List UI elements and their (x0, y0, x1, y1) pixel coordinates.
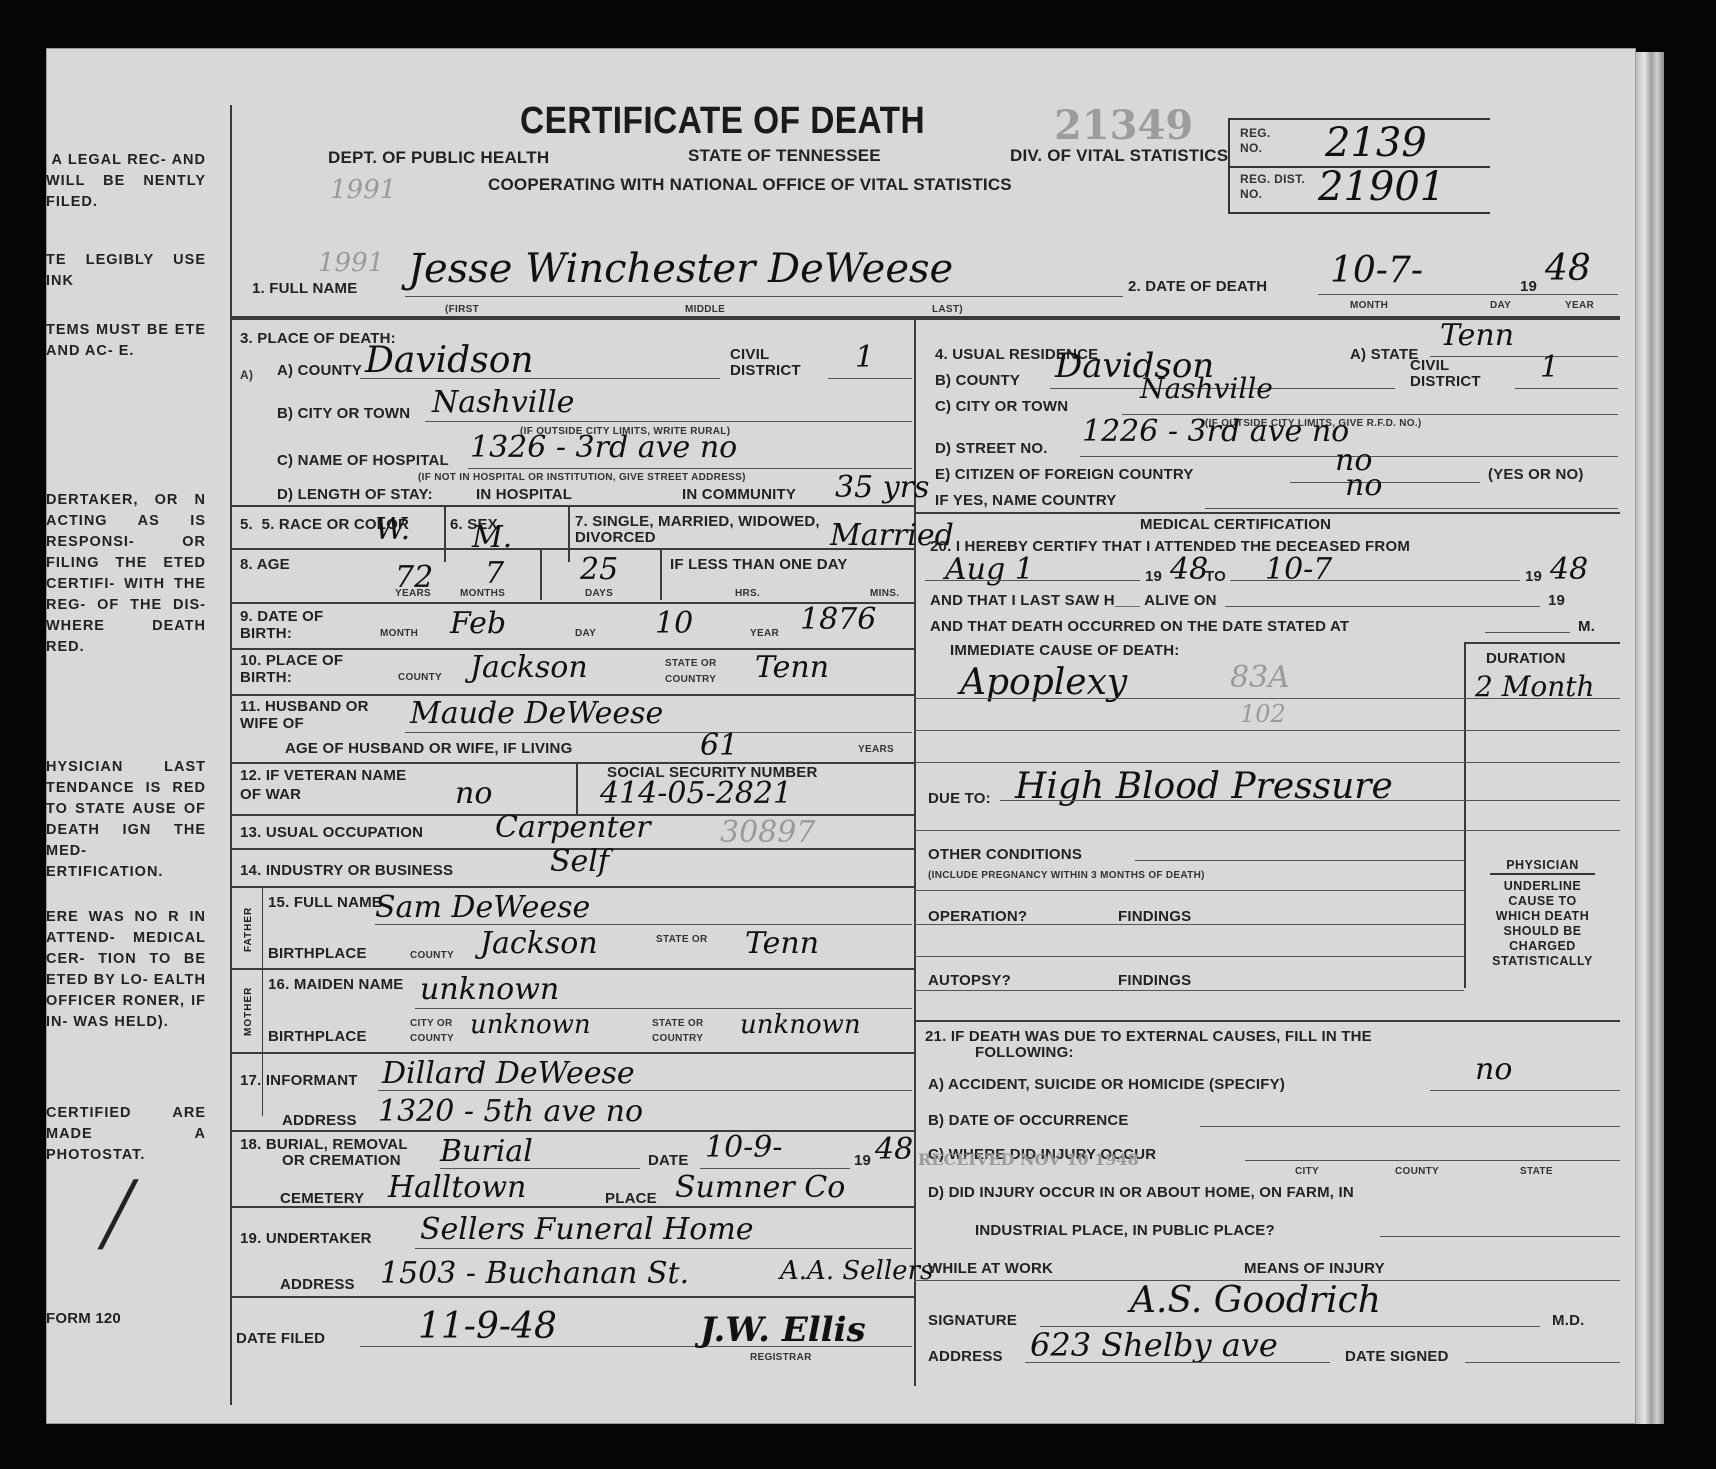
cremation-label: OR CREMATION (282, 1152, 401, 1169)
full-name-label: 1. FULL NAME (252, 280, 357, 297)
pencil-mark: 1991 (318, 248, 384, 278)
rule (1230, 580, 1520, 581)
yes-no-label: (YES OR NO) (1488, 466, 1584, 483)
spouse-value: Maude DeWeese (410, 696, 663, 731)
rule (468, 468, 912, 469)
district-label: DISTRICT (730, 362, 801, 379)
cause-value: Apoplexy (960, 662, 1127, 703)
rule (1290, 482, 1480, 483)
sub-label: LAST) (932, 304, 963, 315)
check-mark-icon: ╱ (100, 1180, 136, 1250)
residence-state-label: A) STATE (1350, 346, 1419, 363)
physician-address-label: ADDRESS (928, 1348, 1003, 1365)
rule (1245, 1160, 1620, 1161)
sub-label: YEAR (1565, 300, 1594, 311)
rule (914, 890, 1464, 891)
cemetery-value: Halltown (388, 1170, 526, 1205)
undertaker-address-label: ADDRESS (280, 1276, 355, 1293)
date-of-death-value: 10-7- (1330, 250, 1423, 291)
rule (660, 548, 662, 600)
burial-year-value: 48 (875, 1132, 913, 1167)
form-number: FORM 120 (46, 1310, 121, 1327)
rule (378, 1090, 912, 1091)
year-prefix: 19 (1520, 278, 1537, 295)
rule (914, 990, 1464, 991)
accident-label: A) ACCIDENT, SUICIDE OR HOMICIDE (SPECIF… (928, 1076, 1285, 1093)
pencil-code: 30897 (720, 815, 815, 850)
attended-to-value: 10-7 (1265, 552, 1332, 587)
birth-date-label: 9. DATE OF BIRTH: (240, 608, 350, 642)
rule (914, 730, 1620, 731)
county-label: COUNTY (398, 672, 442, 683)
sub-label: DAY (1490, 300, 1511, 311)
hospital-note: (IF NOT IN HOSPITAL OR INSTITUTION, GIVE… (418, 472, 746, 483)
year-prefix: 19 (854, 1152, 871, 1169)
rule (1485, 632, 1570, 633)
in-community-label: IN COMMUNITY (682, 486, 796, 503)
following-label: FOLLOWING: (975, 1044, 1074, 1061)
findings-label: FINDINGS (1118, 972, 1191, 989)
year-label: YEAR (750, 628, 779, 639)
rule (914, 830, 1620, 831)
mother-state-value: unknown (740, 1010, 861, 1040)
death-county-value: Davidson (365, 340, 534, 381)
rule (230, 1296, 914, 1298)
rule (230, 548, 914, 550)
rule (1465, 1362, 1620, 1363)
sub-label: DAYS (585, 588, 613, 599)
rule (415, 1248, 912, 1249)
hospital-label: C) NAME OF HOSPITAL (277, 452, 449, 469)
informant-value: Dillard DeWeese (382, 1056, 635, 1091)
mother-side-label: MOTHER (243, 987, 254, 1036)
margin-note-no-physician: ERE WAS NO R IN ATTEND- MEDICAL CER- TIO… (46, 907, 206, 1033)
pencil-mark: 1991 (330, 175, 396, 205)
frame-left-line (230, 105, 232, 1405)
rule (375, 924, 912, 925)
rule (425, 421, 912, 422)
death-district-value: 1 (855, 340, 874, 375)
spouse-age-label: AGE OF HUSBAND OR WIFE, IF LIVING (285, 740, 572, 757)
informant-label: 17. INFORMANT (240, 1072, 358, 1089)
rule (230, 505, 914, 507)
rule (1225, 606, 1540, 607)
burial-value: Burial (440, 1134, 533, 1169)
age-months: 7 (485, 556, 504, 591)
place-label: PLACE (605, 1190, 657, 1207)
external-causes-label: 21. IF DEATH WAS DUE TO EXTERNAL CAUSES,… (925, 1028, 1372, 1045)
to-label: TO (1205, 568, 1226, 585)
district-label: DISTRICT (1410, 373, 1481, 390)
due-to-label: DUE TO: (928, 790, 991, 807)
rule (914, 924, 1464, 925)
attended-from-value: Aug 1 (945, 552, 1034, 587)
medical-line2: AND THAT I LAST SAW H___ ALIVE ON (930, 592, 1217, 609)
sub-label: STATE (1520, 1166, 1553, 1177)
margin-note-undertaker: DERTAKER, OR N ACTING AS IS RESPONSI- OR… (46, 490, 206, 658)
duration-label: DURATION (1486, 650, 1566, 667)
burial-date-label: DATE (648, 1152, 689, 1169)
date-filed-label: DATE FILED (236, 1330, 325, 1347)
length-of-stay-label: D) LENGTH OF STAY: (277, 486, 433, 503)
year-prefix: 19 (1525, 568, 1542, 585)
place-value: Sumner Co (675, 1170, 845, 1205)
rule (914, 698, 1620, 699)
rule (405, 296, 1123, 297)
birth-year: 1876 (800, 602, 876, 637)
veteran-label: 12. IF VETERAN NAME OF WAR (240, 766, 410, 804)
country-label: IF YES, NAME COUNTRY (935, 492, 1117, 509)
occupation-label: 13. USUAL OCCUPATION (240, 824, 423, 841)
margin-note-certified: CERTIFIED ARE MADE A PHOTOSTAT. (46, 1103, 206, 1166)
mother-city-value: unknown (470, 1010, 591, 1040)
maiden-name-label: 16. MAIDEN NAME (268, 976, 418, 993)
page-edge (1636, 52, 1664, 1424)
registrar-signature: J.W. Ellis (700, 1310, 866, 1350)
citizen-label: E) CITIZEN OF FOREIGN COUNTRY (935, 466, 1194, 483)
rule (925, 580, 1140, 581)
occupation-value: Carpenter (495, 810, 651, 845)
years-label: YEARS (858, 744, 894, 755)
signature-label: SIGNATURE (928, 1312, 1017, 1329)
rule (914, 512, 1620, 514)
pencil-code: 83A (1230, 660, 1290, 695)
rule (568, 505, 570, 562)
father-name-label: 15. FULL NAME (268, 894, 388, 911)
rule (230, 316, 1620, 320)
civil-label: CIVIL (1410, 357, 1449, 374)
header-division: DIV. OF VITAL STATISTICS (1010, 146, 1228, 166)
father-side-label: FATHER (243, 907, 254, 952)
birth-place-label: 10. PLACE OF BIRTH: (240, 652, 380, 686)
rule (1205, 508, 1618, 509)
undertaker-signature: A.A. Sellers (780, 1256, 933, 1286)
street-value: 1226 - 3rd ave no (1082, 414, 1349, 449)
death-county-label: A) COUNTY (277, 362, 362, 379)
md-label: M.D. (1552, 1312, 1584, 1329)
rule (914, 956, 1464, 957)
birth-state: Tenn (755, 650, 829, 685)
sub-label: COUNTY (1395, 1166, 1439, 1177)
veteran-value: no (455, 776, 492, 811)
in-hospital-label: IN HOSPITAL (476, 486, 572, 503)
rule (1200, 1126, 1620, 1127)
autopsy-label: AUTOPSY? (928, 972, 1011, 989)
race-value: W. (375, 512, 410, 547)
birth-day: 10 (655, 606, 693, 641)
findings-label: FINDINGS (1118, 908, 1191, 925)
spouse-age-value: 61 (700, 728, 738, 763)
death-city-value: Nashville (432, 385, 574, 420)
residence-district-value: 1 (1540, 350, 1559, 385)
margin-note-legal: A LEGAL REC- AND WILL BE NENTLY FILED. (46, 150, 206, 213)
rule (576, 762, 578, 814)
sub-label: YEARS (395, 588, 431, 599)
undertaker-address-value: 1503 - Buchanan St. (380, 1256, 689, 1291)
pencil-code: 102 (1240, 700, 1286, 728)
mother-birthplace-label: BIRTHPLACE (268, 1028, 367, 1045)
reg-no-value: 2139 (1325, 120, 1427, 166)
day-label: DAY (575, 628, 596, 639)
year-prefix: 19 (1145, 568, 1162, 585)
in-community-value: 35 yrs (835, 470, 929, 505)
rule (230, 1052, 914, 1054)
undertaker-value: Sellers Funeral Home (420, 1212, 754, 1247)
rule (230, 886, 914, 888)
margin-note-items: TEMS MUST BE ETE AND AC- E. (46, 320, 206, 362)
sub-label: HRS. (735, 588, 760, 599)
rule (1318, 294, 1618, 295)
age-label: 8. AGE (240, 556, 290, 573)
less-than-day-label: IF LESS THAN ONE DAY (670, 556, 848, 573)
ssn-value: 414-05-2821 (600, 776, 792, 811)
registrar-label: REGISTRAR (750, 1352, 812, 1363)
physician-address-value: 623 Shelby ave (1030, 1326, 1278, 1364)
informant-address-value: 1320 - 5th ave no (378, 1094, 643, 1129)
sub-label: CITY (1295, 1166, 1319, 1177)
rule (1380, 1236, 1620, 1237)
rule (1025, 1362, 1330, 1363)
physician-signature: A.S. Goodrich (1130, 1280, 1381, 1321)
city-label: CITY OR COUNTY (410, 1016, 470, 1046)
burial-date-value: 10-9- (705, 1130, 783, 1165)
country-value: no (1345, 468, 1382, 503)
sub-label: MIDDLE (685, 304, 725, 315)
month-label: MONTH (380, 628, 418, 639)
county-label: COUNTY (410, 950, 454, 961)
margin-note-physician: HYSICIAN LAST TENDANCE IS RED TO STATE A… (46, 757, 206, 883)
header-state: STATE OF TENNESSEE (688, 146, 881, 166)
state-label: STATE OR COUNTRY (665, 656, 735, 688)
birth-county: Jackson (470, 650, 588, 685)
industry-label: 14. INDUSTRY OR BUSINESS (240, 862, 453, 879)
operation-label: OPERATION? (928, 908, 1027, 925)
rule (230, 1206, 914, 1208)
rule (828, 378, 912, 379)
margin-note-legibly: TE LEGIBLY USE INK (46, 250, 206, 292)
rule (440, 1168, 640, 1169)
birth-month: Feb (450, 606, 506, 641)
rule (444, 505, 446, 562)
state-label: STATE OR COUNTRY (652, 1016, 727, 1046)
father-birthplace-label: BIRTHPLACE (268, 945, 367, 962)
undertaker-label: 19. UNDERTAKER (240, 1230, 372, 1247)
industry-value: Self (550, 844, 609, 879)
rule (1464, 642, 1620, 644)
rule (230, 968, 914, 970)
informant-address-label: ADDRESS (282, 1112, 357, 1129)
sub-label: MONTHS (460, 588, 505, 599)
while-at-work-label: WHILE AT WORK (928, 1260, 1053, 1277)
attended-from-year: 48 (1170, 552, 1208, 587)
rule (914, 1020, 1620, 1022)
rule (1135, 860, 1464, 861)
page-title: CERTIFICATE OF DEATH (520, 100, 925, 143)
rule (1430, 1090, 1620, 1091)
rule (1464, 642, 1466, 988)
rule (540, 548, 542, 600)
physician-note: PHYSICIAN UNDERLINE CAUSE TO WHICH DEATH… (1470, 858, 1615, 969)
reg-dist-label: REG. DIST. NO. (1240, 172, 1310, 202)
rule (914, 762, 1620, 763)
civil-label: CIVIL (730, 346, 769, 363)
home-label: D) DID INJURY OCCUR IN OR ABOUT HOME, ON… (928, 1184, 1354, 1201)
cemetery-label: CEMETERY (280, 1190, 364, 1207)
date-filed-value: 11-9-48 (418, 1306, 557, 1347)
state-label: STATE OR (656, 934, 707, 945)
rule (1000, 800, 1620, 801)
rule (405, 732, 912, 733)
residence-city-value: Nashville (1140, 372, 1273, 405)
accident-value: no (1475, 1052, 1512, 1087)
street-label: D) STREET NO. (935, 440, 1048, 457)
industrial-label: INDUSTRIAL PLACE, IN PUBLIC PLACE? (975, 1222, 1275, 1239)
reg-dist-value: 21901 (1318, 164, 1445, 210)
residence-state-value: Tenn (1440, 318, 1514, 353)
received-stamp: RECEIVED NOV 10 1948 (918, 1150, 1139, 1169)
father-county-value: Jackson (480, 926, 598, 961)
m-label: M. (1578, 618, 1595, 635)
header-dept: DEPT. OF PUBLIC HEALTH (328, 148, 549, 168)
sub-label: MINS. (870, 588, 899, 599)
header-cooperating: COOPERATING WITH NATIONAL OFFICE OF VITA… (488, 175, 1012, 195)
spouse-label: 11. HUSBAND OR WIFE OF (240, 698, 405, 732)
date-of-death-label: 2. DATE OF DEATH (1128, 278, 1267, 295)
residence-county-label: B) COUNTY (935, 372, 1020, 389)
father-state-value: Tenn (745, 926, 819, 961)
rule (1430, 356, 1618, 357)
marital-label: 7. SINGLE, MARRIED, WIDOWED, DIVORCED (575, 514, 825, 546)
cause-label: IMMEDIATE CAUSE OF DEATH: (950, 642, 1179, 659)
sub-label: MONTH (1350, 300, 1388, 311)
reg-no-label: REG. NO. (1240, 126, 1290, 156)
year-prefix: 19 (1548, 592, 1565, 609)
rule (1515, 388, 1618, 389)
stamp-number: 21349 (1054, 102, 1193, 149)
medical-line3: AND THAT DEATH OCCURRED ON THE DATE STAT… (930, 618, 1349, 635)
other-conditions-label: OTHER CONDITIONS (928, 846, 1082, 863)
occurrence-label: B) DATE OF OCCURRENCE (928, 1112, 1129, 1129)
rule (360, 378, 720, 379)
full-name-value: Jesse Winchester DeWeese (408, 246, 953, 292)
date-signed-label: DATE SIGNED (1345, 1348, 1449, 1365)
sub-label: (FIRST (445, 304, 479, 315)
age-days: 25 (580, 552, 618, 587)
death-city-label: B) CITY OR TOWN (277, 405, 410, 422)
rule (230, 1130, 914, 1132)
rule (415, 1008, 912, 1009)
means-of-injury-label: MEANS OF INJURY (1244, 1260, 1385, 1277)
rule (700, 1168, 850, 1169)
medical-heading: MEDICAL CERTIFICATION (1140, 516, 1331, 533)
hospital-value: 1326 - 3rd ave no (470, 430, 737, 465)
residence-city-label: C) CITY OR TOWN (935, 398, 1068, 415)
maiden-name-value: unknown (420, 972, 559, 1007)
father-name-value: Sam DeWeese (375, 890, 590, 925)
burial-label: 18. BURIAL, REMOVAL (240, 1136, 408, 1153)
attended-to-year: 48 (1550, 552, 1588, 587)
death-year-value: 48 (1545, 248, 1591, 289)
other-conditions-note: (INCLUDE PREGNANCY WITHIN 3 MONTHS OF DE… (928, 870, 1205, 881)
